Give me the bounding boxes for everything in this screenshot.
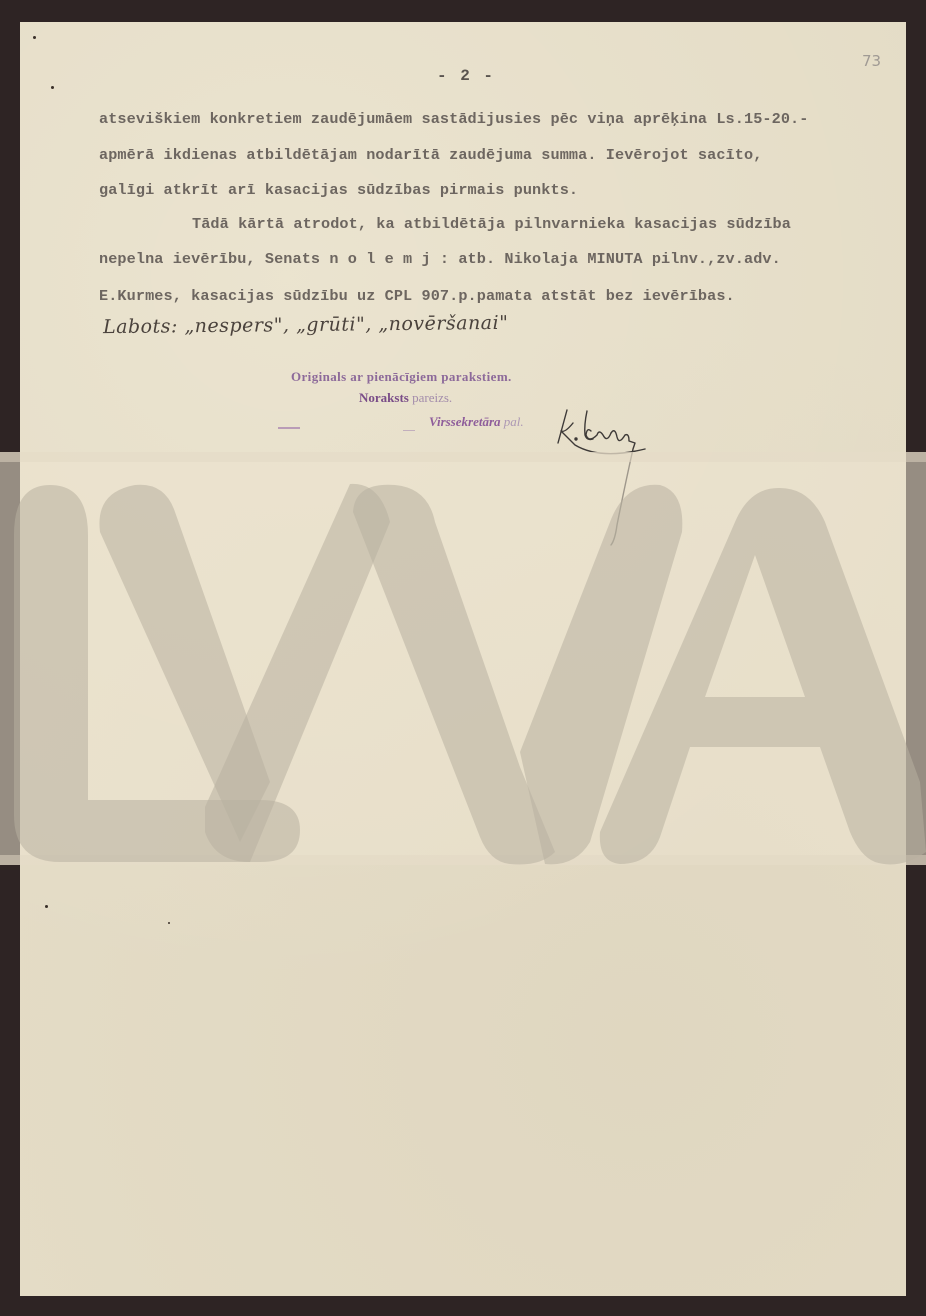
typed-line-1: atseviškiem konkretiem zaudējumāem sastā… (99, 112, 808, 127)
stamp-secretary-label: Virssekretāra (429, 414, 501, 429)
stamp-original-signatures: Originals ar pienācīgiem parakstiem. (291, 369, 512, 385)
typed-line-3: galīgi atkrīt arī kasacijas sūdzības pir… (99, 183, 578, 198)
typed-line-4: Tādā kārtā atrodot, ka atbildētāja pilnv… (192, 217, 791, 232)
typed-line-5: nepelna ievērību, Senats n o l e m j : a… (99, 252, 781, 267)
stamp-dash (403, 430, 415, 431)
paper-speck (168, 922, 170, 924)
stamp-copy-label: Noraksts (359, 390, 409, 405)
stamp-secretary-assistant: Virssekretāra pal. (429, 414, 524, 430)
archive-folio-number: 73 (862, 52, 881, 70)
stamp-copy-correct: Noraksts pareizs. (359, 390, 452, 406)
lvva-watermark-logo (0, 452, 926, 865)
page-number: - 2 - (437, 68, 495, 84)
stamp-copy-correct-word: pareizs. (409, 390, 452, 405)
paper-speck (45, 905, 48, 908)
paper-speck (51, 86, 54, 89)
typed-line-6: E.Kurmes, kasacijas sūdzību uz CPL 907.p… (99, 289, 735, 304)
typed-line-2: apmērā ikdienas atbildētājam nodarītā za… (99, 148, 762, 163)
stamp-dash (278, 427, 300, 429)
stamp-assistant-abbr: pal. (501, 414, 524, 429)
paper-speck (33, 36, 36, 39)
handwritten-correction-note: Labots: „nespers", „grūti", „novēršanai" (103, 312, 509, 338)
